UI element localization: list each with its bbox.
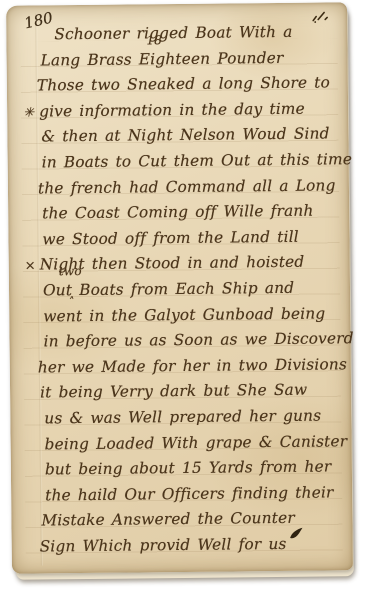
- line-text: give information in the day time: [39, 99, 305, 120]
- manuscript-line: Those two Sneaked a long Shore to: [35, 70, 340, 99]
- line-text: in before us as Soon as we Discoverd: [43, 329, 353, 350]
- manuscript-line: it being Verry dark but She Saw: [38, 378, 343, 407]
- manuscript-line: in Boats to Cut them Out at this time: [36, 147, 341, 176]
- manuscript-line: & then at Night Nelson Woud Sind: [35, 122, 340, 151]
- manuscript-line: the Coast Coming off Wille franh: [36, 198, 341, 227]
- line-text: Sign Which provid Well for us: [40, 535, 287, 556]
- line-text: us & was Well prepared her guns: [44, 406, 321, 427]
- manuscript-photo: 180 Schooner rigged Boat With a 18 Lang …: [0, 0, 366, 599]
- line-text: the french had Command all a Long: [38, 176, 336, 197]
- manuscript-line: ˄ went in the Galyot Gunboad being: [37, 301, 342, 330]
- line-text: being Loaded With grape & Canister: [45, 432, 348, 453]
- margin-mark: ✳: [23, 100, 34, 126]
- interlinear-insertion: 18: [146, 34, 162, 46]
- manuscript-line: being Loaded With grape & Canister: [39, 429, 344, 458]
- manuscript-line: us & was Well prepared her guns: [38, 403, 343, 432]
- line-text: Lang Brass Eighteen Pounder: [41, 48, 284, 69]
- line-text: the Coast Coming off Wille franh: [42, 202, 313, 223]
- line-text: the haild Our Officers finding their: [45, 483, 334, 504]
- line-text: Mistake Answered the Counter: [41, 509, 295, 530]
- interlinear-insertion: ˄: [69, 296, 75, 308]
- manuscript-line: the french had Command all a Long: [36, 173, 341, 202]
- line-text: we Stood off from the Land till: [42, 227, 299, 248]
- line-text: Out Boats from Each Ship and: [43, 279, 294, 300]
- manuscript-line: the haild Our Officers finding their: [39, 480, 344, 509]
- manuscript-text: Schooner rigged Boat With a 18 Lang Bras…: [34, 19, 345, 560]
- manuscript-line: her we Made for her in two Divisions: [38, 352, 343, 381]
- line-text: in Boats to Cut them Out at this time: [42, 150, 353, 171]
- line-text: her we Made for her in two Divisions: [38, 355, 347, 376]
- manuscript-line: × Night then Stood in and hoisted: [37, 250, 342, 279]
- margin-mark: ×: [25, 254, 36, 280]
- ink-blot-icon: [289, 527, 305, 541]
- interlinear-insertion: two: [59, 265, 82, 277]
- line-text: it being Verry dark but She Saw: [40, 381, 307, 402]
- manuscript-line: ✳ give information in the day time: [35, 96, 340, 125]
- manuscript-line: Schooner rigged Boat With a: [34, 19, 339, 48]
- manuscript-line: we Stood off from the Land till: [36, 224, 341, 253]
- line-text: went in the Galyot Gunboad being: [43, 304, 325, 325]
- manuscript-line: but being about 15 Yards from her: [39, 454, 344, 483]
- line-text: & then at Night Nelson Woud Sind: [41, 125, 329, 146]
- line-text: Those two Sneaked a long Shore to: [37, 74, 330, 95]
- line-text: but being about 15 Yards from her: [45, 458, 332, 479]
- manuscript-line: 18 Lang Brass Eighteen Pounder: [34, 45, 339, 74]
- manuscript-line: two Out Boats from Each Ship and: [37, 275, 342, 304]
- line-text: Schooner rigged Boat With a: [54, 23, 292, 43]
- manuscript-line: in before us as Soon as we Discoverd: [37, 326, 342, 355]
- manuscript-page: 180 Schooner rigged Boat With a 18 Lang …: [6, 2, 353, 574]
